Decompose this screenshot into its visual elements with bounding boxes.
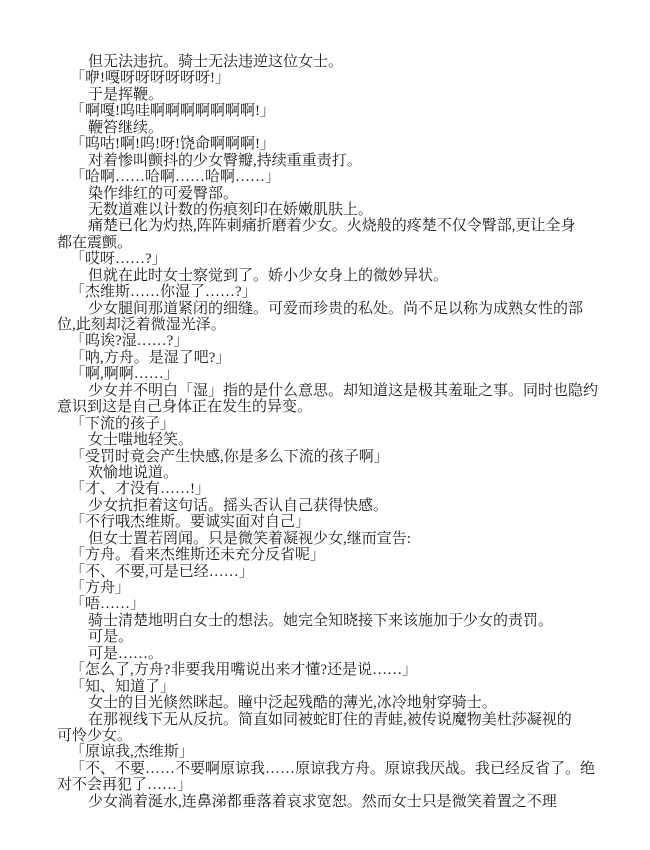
text-line-dialogue: 「方舟。看来杰维斯还未充分反省呢」 bbox=[57, 547, 598, 563]
text-line-dialogue: 「唔……」 bbox=[57, 596, 598, 612]
text-line-continuation: 都在震颤。 bbox=[57, 235, 598, 251]
text-line-continuation: 意识到这是自己身体正在发生的异变。 bbox=[57, 399, 598, 415]
text-line-dialogue: 「受罚时竟会产生快感,你是多么下流的孩子啊」 bbox=[57, 449, 598, 465]
text-line-narrative: 可是……。 bbox=[57, 646, 598, 662]
text-line-narrative: 少女并不明白「湿」指的是什么意思。却知道这是极其羞耻之事。同时也隐约 bbox=[57, 383, 598, 399]
text-line-dialogue: 「啊,啊啊……」 bbox=[57, 366, 598, 382]
text-line-dialogue: 「不、不要,可是已经……」 bbox=[57, 564, 598, 580]
text-line-dialogue: 「怎么了,方舟?非要我用嘴说出来才懂?还是说……」 bbox=[57, 662, 598, 678]
text-line-dialogue: 「呜诶?湿……?」 bbox=[57, 333, 598, 349]
text-line-narrative: 但就在此时女士察觉到了。娇小少女身上的微妙异状。 bbox=[57, 268, 598, 284]
text-line-narrative: 对着惨叫颤抖的少女臀瓣,持续重重责打。 bbox=[57, 153, 598, 169]
text-line-narrative: 但无法违抗。骑士无法违逆这位女士。 bbox=[57, 54, 598, 70]
document-page: 但无法违抗。骑士无法违逆这位女士。「咿!嘎呀呀呀呀呀呀!」于是挥鞭。「啊嘎!呜哇… bbox=[0, 0, 650, 850]
text-line-narrative: 可是。 bbox=[57, 629, 598, 645]
text-line-narrative: 在那视线下无从反抗。简直如同被蛇盯住的青蛙,被传说魔物美杜莎凝视的 bbox=[57, 712, 598, 728]
novel-text-block: 但无法违抗。骑士无法违逆这位女士。「咿!嘎呀呀呀呀呀呀!」于是挥鞭。「啊嘎!呜哇… bbox=[57, 54, 598, 810]
text-line-narrative: 女士嗤地轻笑。 bbox=[57, 432, 598, 448]
text-line-dialogue: 「咿!嘎呀呀呀呀呀呀!」 bbox=[57, 70, 598, 86]
text-line-narrative: 少女腿间那道紧闭的细缝。可爱而珍贵的私处。尚不足以称为成熟女性的部 bbox=[57, 301, 598, 317]
text-line-dialogue: 「啊嘎!呜哇啊啊啊啊啊啊啊!」 bbox=[57, 103, 598, 119]
text-line-dialogue: 「哎呀……?」 bbox=[57, 251, 598, 267]
text-line-dialogue: 「不行哦杰维斯。要诚实面对自己」 bbox=[57, 514, 598, 530]
text-line-narrative: 少女淌着涎水,连鼻涕都垂落着哀求宽恕。然而女士只是微笑着置之不理 bbox=[57, 794, 598, 810]
text-line-narrative: 少女抗拒着这句话。摇头否认自己获得快感。 bbox=[57, 498, 598, 514]
text-line-narrative: 鞭笞继续。 bbox=[57, 120, 598, 136]
text-line-narrative: 痛楚已化为灼热,阵阵刺痛折磨着少女。火烧般的疼楚不仅令臀部,更让全身 bbox=[57, 218, 598, 234]
text-line-continuation: 可怜少女。 bbox=[57, 728, 598, 744]
text-line-narrative: 染作绯红的可爱臀部。 bbox=[57, 186, 598, 202]
text-line-dialogue: 「呐,方舟。是湿了吧?」 bbox=[57, 350, 598, 366]
text-line-continuation: 位,此刻却泛着微湿光泽。 bbox=[57, 317, 598, 333]
text-line-continuation: 对不会再犯了……」 bbox=[57, 777, 598, 793]
text-line-dialogue: 「杰维斯……你湿了……?」 bbox=[57, 284, 598, 300]
text-line-dialogue: 「哈啊……哈啊……哈啊……」 bbox=[57, 169, 598, 185]
text-line-dialogue: 「下流的孩子」 bbox=[57, 416, 598, 432]
text-line-narrative: 无数道难以计数的伤痕刻印在娇嫩肌肤上。 bbox=[57, 202, 598, 218]
text-line-dialogue: 「不、不要……不要啊原谅我……原谅我方舟。原谅我厌战。我已经反省了。绝 bbox=[57, 761, 598, 777]
text-line-narrative: 欢愉地说道。 bbox=[57, 465, 598, 481]
text-line-narrative: 但女士置若罔闻。只是微笑着凝视少女,继而宣告: bbox=[57, 531, 598, 547]
text-line-dialogue: 「才、才没有……!」 bbox=[57, 481, 598, 497]
text-line-dialogue: 「知、知道了」 bbox=[57, 679, 598, 695]
text-line-dialogue: 「原谅我,杰维斯」 bbox=[57, 744, 598, 760]
text-line-narrative: 骑士清楚地明白女士的想法。她完全知晓接下来该施加于少女的责罚。 bbox=[57, 613, 598, 629]
text-line-dialogue: 「呜咕!啊!呜!呀!饶命啊啊啊!」 bbox=[57, 136, 598, 152]
text-line-narrative: 女士的目光倏然眯起。瞳中泛起残酷的薄光,冰冷地射穿骑士。 bbox=[57, 695, 598, 711]
text-line-dialogue: 「方舟」 bbox=[57, 580, 598, 596]
text-line-narrative: 于是挥鞭。 bbox=[57, 87, 598, 103]
